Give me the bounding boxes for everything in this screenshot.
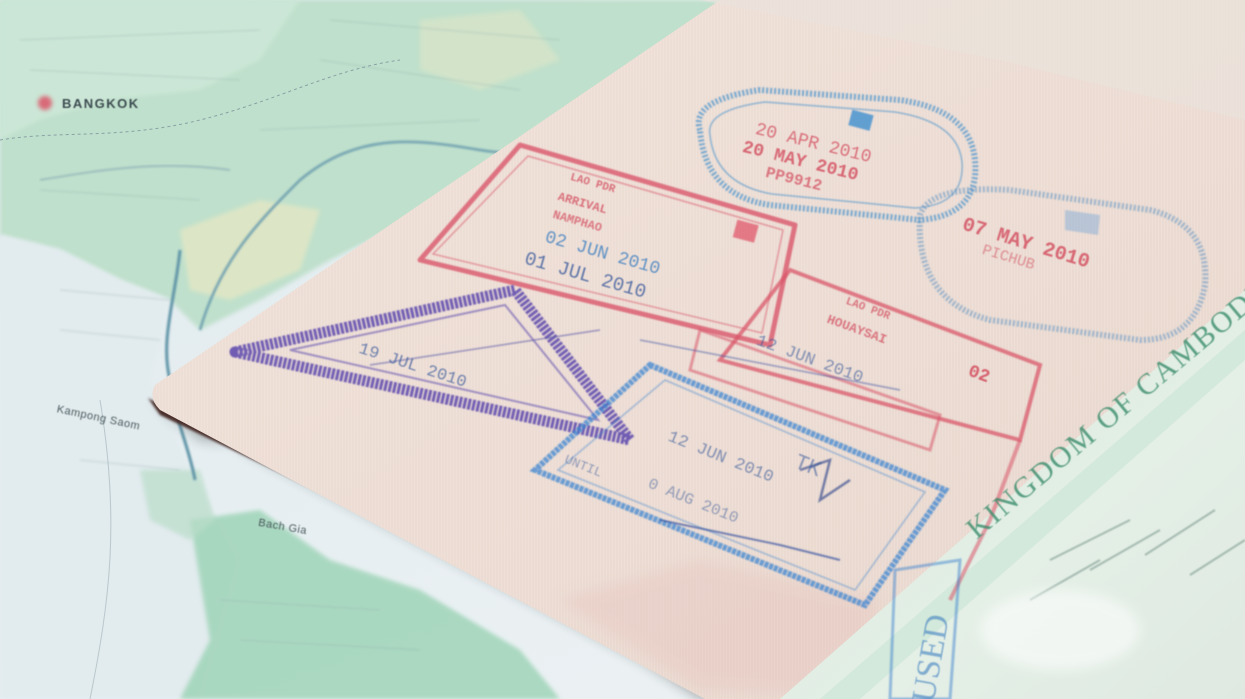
- photo-scene: BANGKOK Kampong Saom Bach Gia: [0, 0, 1245, 699]
- passport-shape: [0, 0, 1245, 699]
- passport: 20 APR 2010 20 MAY 2010 PP9912 LAO PDR A…: [0, 0, 1245, 699]
